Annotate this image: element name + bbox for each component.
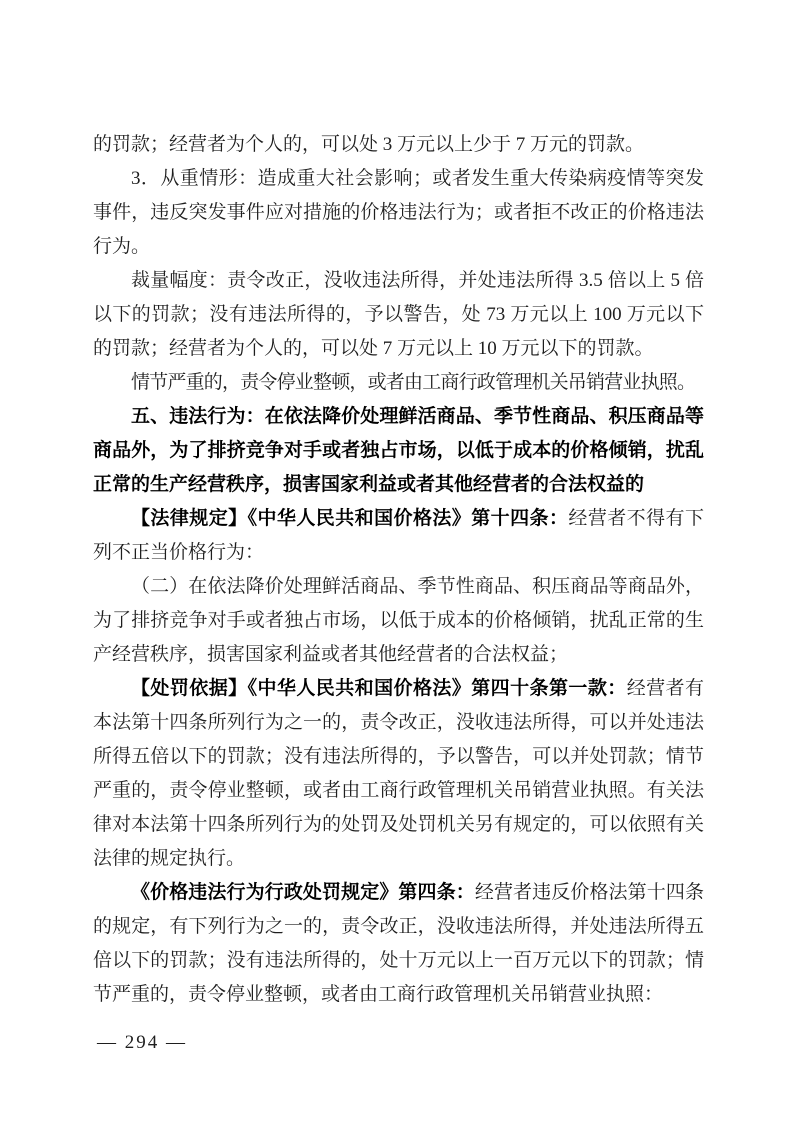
paragraph-lead-label: 【法律规定】《中华人民共和国价格法》第十四条： [131, 508, 568, 529]
paragraph-text: 情节严重的，责令停业整顿，或者由工商行政管理机关吊销营业执照。 [131, 372, 695, 393]
document-page: 的罚款；经营者为个人的，可以处 3 万元以上少于 7 万元的罚款。 3．从重情形… [0, 0, 793, 1122]
paragraph-serious-circumstances: 情节严重的，责令停业整顿，或者由工商行政管理机关吊销营业执照。 [93, 366, 704, 400]
paragraph-text: （二）在依法降价处理鲜活商品、季节性商品、积压商品等商品外，为了排挤竞争对手或者… [93, 576, 704, 665]
paragraph-fine-continuation: 的罚款；经营者为个人的，可以处 3 万元以上少于 7 万元的罚款。 [93, 128, 704, 162]
paragraph-text: 经营者有本法第十四条所列行为之一的，责令改正，没收违法所得，可以并处违法所得五倍… [93, 678, 704, 869]
paragraph-legal-provision: 【法律规定】《中华人民共和国价格法》第十四条：经营者不得有下列不正当价格行为： [93, 502, 704, 570]
document-text-block: 的罚款；经营者为个人的，可以处 3 万元以上少于 7 万元的罚款。 3．从重情形… [93, 128, 704, 1012]
paragraph-aggravating-circumstances: 3．从重情形：造成重大社会影响；或者发生重大传染病疫情等突发事件，违反突发事件应… [93, 162, 704, 264]
paragraph-penalty-basis: 【处罚依据】《中华人民共和国价格法》第四十条第一款：经营者有本法第十四条所列行为… [93, 672, 704, 876]
paragraph-text: 的罚款；经营者为个人的，可以处 3 万元以上少于 7 万元的罚款。 [93, 134, 644, 155]
paragraph-administrative-penalty-rule: 《价格违法行为行政处罚规定》第四条：经营者违反价格法第十四条的规定，有下列行为之… [93, 876, 704, 1012]
paragraph-text: 五、违法行为：在依法降价处理鲜活商品、季节性商品、积压商品等商品外，为了排挤竞争… [93, 406, 704, 495]
paragraph-discretion-range: 裁量幅度：责令改正，没收违法所得，并处违法所得 3.5 倍以上 5 倍以下的罚款… [93, 264, 704, 366]
paragraph-violation-heading: 五、违法行为：在依法降价处理鲜活商品、季节性商品、积压商品等商品外，为了排挤竞争… [93, 400, 704, 502]
paragraph-text: 3．从重情形：造成重大社会影响；或者发生重大传染病疫情等突发事件，违反突发事件应… [93, 168, 704, 257]
page-number: — 294 — [97, 1028, 187, 1058]
paragraph-item-two: （二）在依法降价处理鲜活商品、季节性商品、积压商品等商品外，为了排挤竞争对手或者… [93, 570, 704, 672]
paragraph-text: 裁量幅度：责令改正，没收违法所得，并处违法所得 3.5 倍以上 5 倍以下的罚款… [93, 270, 704, 359]
paragraph-lead-label: 【处罚依据】《中华人民共和国价格法》第四十条第一款： [131, 678, 627, 699]
paragraph-lead-label: 《价格违法行为行政处罚规定》第四条： [131, 882, 475, 903]
